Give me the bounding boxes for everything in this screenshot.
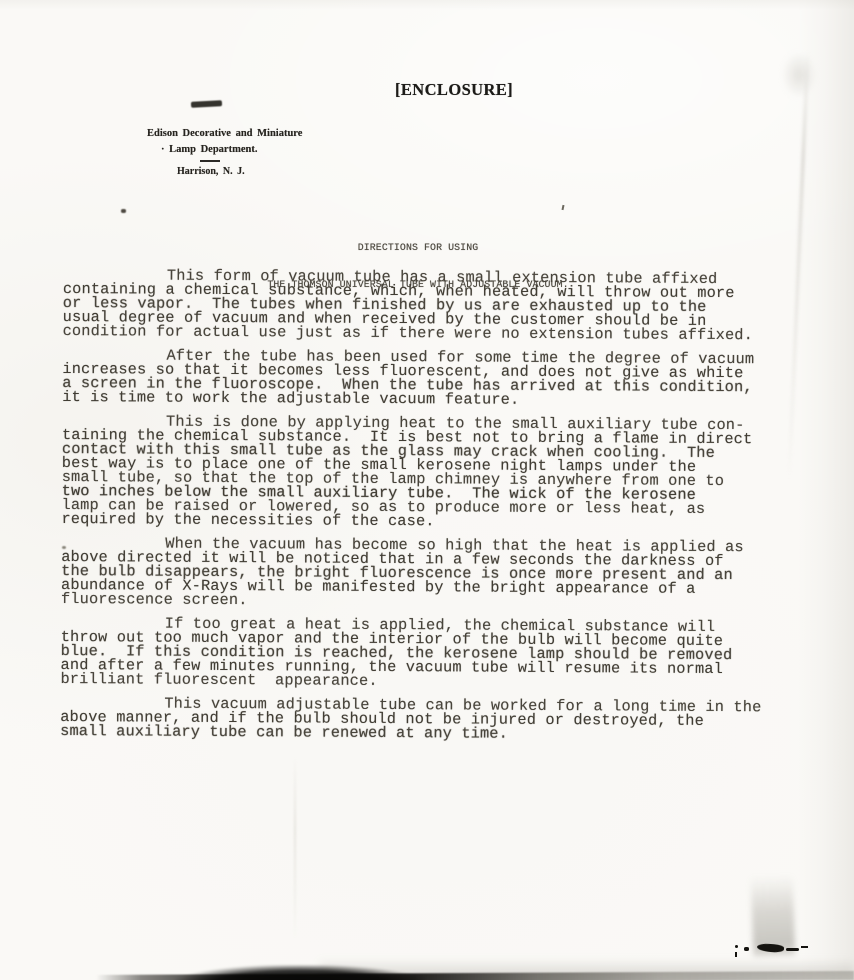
scan-edge-shadow-right [798,0,854,980]
body-paragraphs: This form of vacuum tube has a small ext… [60,268,777,752]
paragraph: This is done by applying heat to the sma… [61,414,776,530]
ink-mark [786,948,799,951]
paragraph: This vacuum adjustable tube can be worke… [60,696,774,742]
ink-mark [735,952,737,957]
ink-speck [121,209,126,213]
ink-speck [562,205,565,210]
paper-crease-bottom [294,755,296,940]
ink-speck [62,546,66,549]
paragraph: When the vacuum has become so high that … [61,536,775,610]
scanner-edge-blob [175,965,425,980]
letterhead-rule [200,160,220,162]
paragraph: If too great a heat is applied, the chem… [60,616,774,690]
letterhead-location: Harrison, N. J. [177,166,245,177]
document-title-line1: DIRECTIONS FOR USING [63,242,773,254]
paragraph: After the tube has been used for some ti… [62,348,776,408]
scan-edge-shadow-top [0,0,854,10]
paper-crease-shadow [782,52,816,98]
pen-dash-mark [191,100,222,108]
text-line: condition for actual use just as if ther… [63,324,777,342]
paragraph: This form of vacuum tube has a small ext… [63,268,777,342]
document-scan: [ENCLOSURE] Edison Decorative and Miniat… [0,0,854,980]
ink-mark [735,945,738,948]
letterhead-company-line2: · Lamp Department. [161,144,257,155]
letterhead-company-line1: Edison Decorative and Miniature [147,128,302,139]
enclosure-label: [ENCLOSURE] [395,81,513,99]
ink-mark [744,947,749,951]
ink-mark [801,946,808,948]
